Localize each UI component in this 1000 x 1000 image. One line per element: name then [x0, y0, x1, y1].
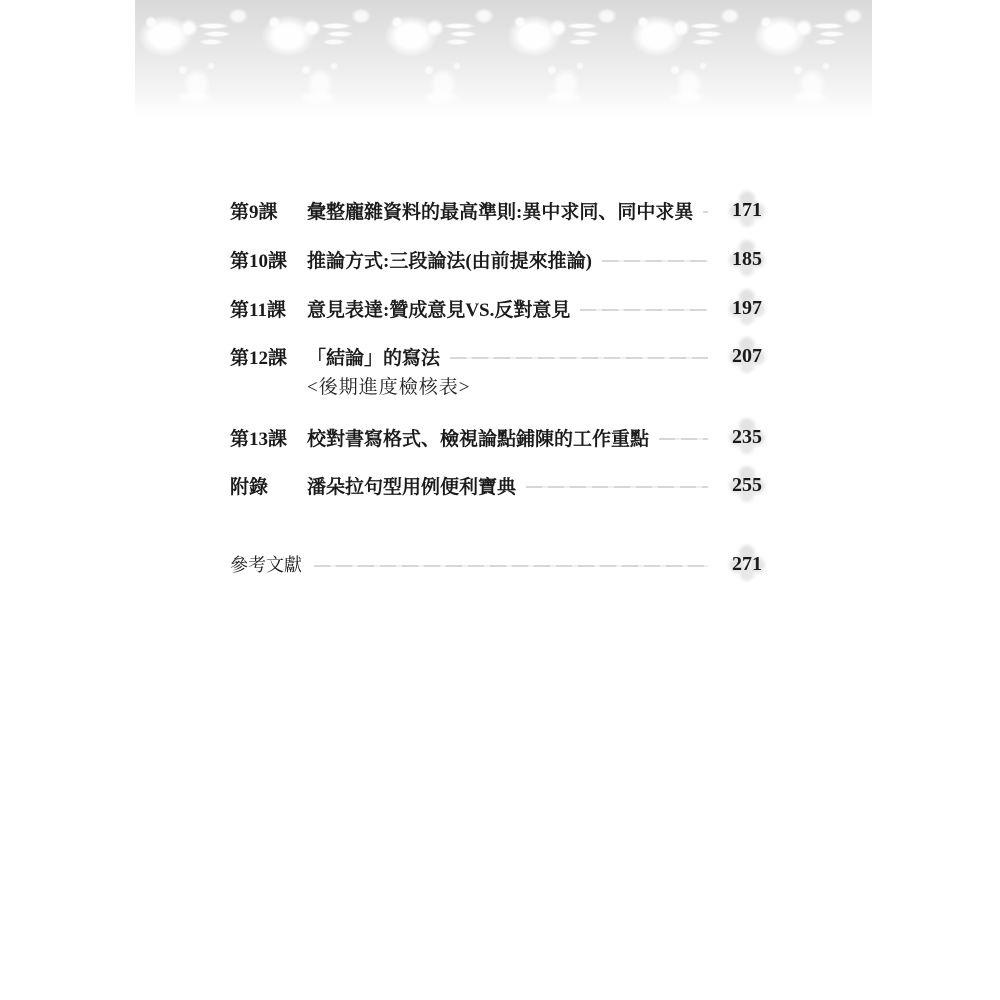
lesson-label: 附錄	[230, 472, 307, 499]
page-number: 255	[732, 474, 762, 496]
leader-line	[602, 260, 708, 262]
page-number: 185	[732, 248, 762, 270]
floral-pattern-band	[135, 0, 872, 122]
toc-row: 第9課 彙整龐雜資料的最高準則:異中求同、同中求異 171	[230, 197, 762, 223]
toc-row: 第10課 推論方式:三段論法(由前提來推論) 185	[230, 246, 762, 272]
lesson-label: 第9課	[230, 197, 307, 224]
leader-line	[580, 309, 708, 311]
lesson-title: 彙整龐雜資料的最高準則:異中求同、同中求異	[307, 197, 693, 224]
page-number-cell: 235	[718, 426, 762, 449]
references-label: 參考文獻	[230, 551, 302, 577]
leader-line	[659, 438, 708, 440]
page-number: 235	[732, 426, 762, 448]
lesson-title: 推論方式:三段論法(由前提來推論)	[307, 246, 592, 273]
floral-pattern-row-top	[135, 4, 872, 62]
lesson-title: 校對書寫格式、檢視論點鋪陳的工作重點	[307, 424, 649, 451]
lesson-subtitle: <後期進度檢核表>	[307, 372, 470, 399]
book-toc-page: 第9課 彙整龐雜資料的最高準則:異中求同、同中求異 171 第10課 推論方式:…	[0, 0, 1000, 1000]
leader-line	[314, 565, 708, 567]
page-number-cell: 185	[718, 248, 762, 271]
toc-row: 第11課 意見表達:贊成意見VS.反對意見 197	[230, 295, 762, 321]
leader-line	[526, 486, 708, 488]
page-number-cell: 171	[718, 199, 762, 222]
leader-line	[450, 357, 708, 359]
toc-row: 第12課 「結論」的寫法 207	[230, 343, 762, 369]
page-number: 197	[732, 297, 762, 319]
toc-row: 第13課 校對書寫格式、檢視論點鋪陳的工作重點 235	[230, 424, 762, 450]
page-number-cell: 197	[718, 297, 762, 320]
page-number: 207	[732, 345, 762, 367]
page-number: 171	[732, 199, 762, 221]
toc-row: 附錄 潘朵拉句型用例便利寶典 255	[230, 472, 762, 498]
lesson-title: 潘朵拉句型用例便利寶典	[307, 472, 516, 499]
page-number-cell: 271	[718, 553, 762, 576]
leader-line	[703, 211, 708, 213]
lesson-label: 第11課	[230, 295, 307, 322]
floral-pattern-row-bottom	[135, 56, 872, 108]
lesson-label: 第13課	[230, 424, 307, 451]
lesson-label: 第10課	[230, 246, 307, 273]
lesson-title: 意見表達:贊成意見VS.反對意見	[307, 295, 570, 322]
page-number: 271	[732, 553, 762, 575]
lesson-title: 「結論」的寫法	[307, 343, 440, 370]
references-row: 參考文獻 271	[230, 551, 762, 577]
page-number-cell: 255	[718, 474, 762, 497]
lesson-label: 第12課	[230, 343, 307, 370]
page-number-cell: 207	[718, 345, 762, 368]
